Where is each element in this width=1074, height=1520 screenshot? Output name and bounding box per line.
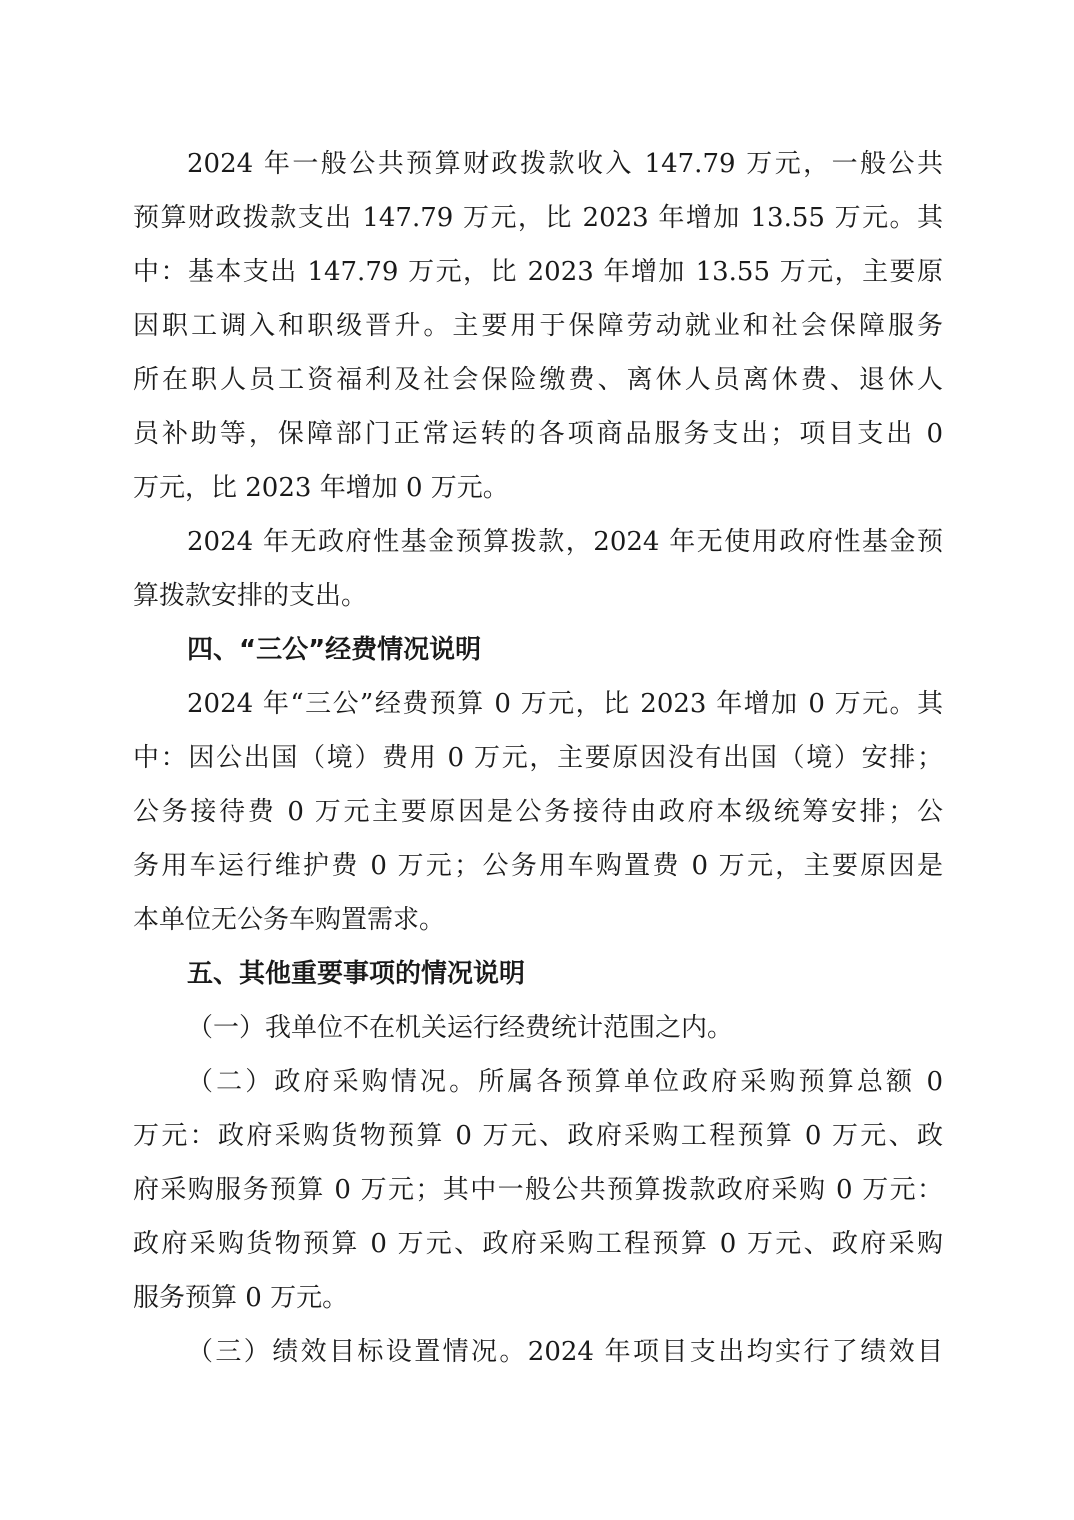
text-line-content: 公务接待费 0 万元主要原因是公务接待由政府本级统筹安排；公 xyxy=(133,785,943,839)
text-line: 预算财政拨款支出 147.79 万元，比 2023 年增加 13.55 万元。其 xyxy=(133,191,943,245)
text-line: 中：因公出国（境）费用 0 万元，主要原因没有出国（境）安排； xyxy=(133,731,943,785)
heading-text: 四、“三公”经费情况说明 xyxy=(187,635,481,665)
text-line: 万元，比 2023 年增加 0 万元。 xyxy=(133,461,943,515)
text-line-content: 算拨款安排的支出。 xyxy=(133,581,367,611)
paragraph-three-public-expenses: 2024 年“三公”经费预算 0 万元，比 2023 年增加 0 万元。其 中：… xyxy=(133,677,943,947)
text-line: 务用车运行维护费 0 万元；公务用车购置费 0 万元，主要原因是 xyxy=(133,839,943,893)
paragraph-government-procurement: （二）政府采购情况。所属各预算单位政府采购预算总额 0 万元：政府采购货物预算 … xyxy=(133,1055,943,1325)
text-line: 所在职人员工资福利及社会保险缴费、离休人员离休费、退休人 xyxy=(133,353,943,407)
section-heading-three-public-expenses: 四、“三公”经费情况说明 xyxy=(133,623,943,677)
paragraph-performance-targets: （三）绩效目标设置情况。2024 年项目支出均实行了绩效目 xyxy=(133,1325,943,1379)
text-line-content: 因职工调入和职级晋升。主要用于保障劳动就业和社会保障服务 xyxy=(133,299,943,353)
text-line-content: 预算财政拨款支出 147.79 万元，比 2023 年增加 13.55 万元。其 xyxy=(133,191,943,245)
text-line-content: 2024 年“三公”经费预算 0 万元，比 2023 年增加 0 万元。其 xyxy=(187,677,943,731)
text-line: 2024 年一般公共预算财政拨款收入 147.79 万元，一般公共 xyxy=(133,137,943,191)
text-line-content: 员补助等，保障部门正常运转的各项商品服务支出；项目支出 0 xyxy=(133,407,943,461)
heading-text: 五、其他重要事项的情况说明 xyxy=(187,959,525,989)
text-line-content: 所在职人员工资福利及社会保险缴费、离休人员离休费、退休人 xyxy=(133,353,943,407)
text-line: 公务接待费 0 万元主要原因是公务接待由政府本级统筹安排；公 xyxy=(133,785,943,839)
text-line: 万元：政府采购货物预算 0 万元、政府采购工程预算 0 万元、政 xyxy=(133,1109,943,1163)
text-line: 2024 年“三公”经费预算 0 万元，比 2023 年增加 0 万元。其 xyxy=(133,677,943,731)
text-line: 本单位无公务车购置需求。 xyxy=(133,893,943,947)
text-line-content: （一）我单位不在机关运行经费统计范围之内。 xyxy=(187,1013,733,1043)
paragraph-government-fund: 2024 年无政府性基金预算拨款，2024 年无使用政府性基金预 算拨款安排的支… xyxy=(133,515,943,623)
text-line-content: 万元，比 2023 年增加 0 万元。 xyxy=(133,473,509,503)
text-line: 员补助等，保障部门正常运转的各项商品服务支出；项目支出 0 xyxy=(133,407,943,461)
text-line: （一）我单位不在机关运行经费统计范围之内。 xyxy=(133,1001,943,1055)
document-page: 2024 年一般公共预算财政拨款收入 147.79 万元，一般公共 预算财政拨款… xyxy=(133,137,943,1379)
text-line-content: （二）政府采购情况。所属各预算单位政府采购预算总额 0 xyxy=(187,1055,943,1109)
text-line: （二）政府采购情况。所属各预算单位政府采购预算总额 0 xyxy=(133,1055,943,1109)
text-line-content: 2024 年一般公共预算财政拨款收入 147.79 万元，一般公共 xyxy=(187,137,943,191)
text-line-content: 府采购服务预算 0 万元；其中一般公共预算拨款政府采购 0 万元： xyxy=(133,1163,943,1217)
text-line-content: 万元：政府采购货物预算 0 万元、政府采购工程预算 0 万元、政 xyxy=(133,1109,943,1163)
text-line-content: （三）绩效目标设置情况。2024 年项目支出均实行了绩效目 xyxy=(187,1325,943,1379)
text-line: 府采购服务预算 0 万元；其中一般公共预算拨款政府采购 0 万元： xyxy=(133,1163,943,1217)
text-line-content: 本单位无公务车购置需求。 xyxy=(133,905,445,935)
text-line-content: 务用车运行维护费 0 万元；公务用车购置费 0 万元，主要原因是 xyxy=(133,839,943,893)
text-line: （三）绩效目标设置情况。2024 年项目支出均实行了绩效目 xyxy=(133,1325,943,1379)
text-line-content: 中：因公出国（境）费用 0 万元，主要原因没有出国（境）安排； xyxy=(133,731,943,785)
paragraph-budget-appropriation: 2024 年一般公共预算财政拨款收入 147.79 万元，一般公共 预算财政拨款… xyxy=(133,137,943,515)
text-line-content: 2024 年无政府性基金预算拨款，2024 年无使用政府性基金预 xyxy=(187,515,943,569)
text-line: 服务预算 0 万元。 xyxy=(133,1271,943,1325)
paragraph-item-one: （一）我单位不在机关运行经费统计范围之内。 xyxy=(133,1001,943,1055)
text-line: 中：基本支出 147.79 万元，比 2023 年增加 13.55 万元，主要原 xyxy=(133,245,943,299)
text-line-content: 服务预算 0 万元。 xyxy=(133,1283,348,1313)
text-line: 算拨款安排的支出。 xyxy=(133,569,943,623)
text-line: 因职工调入和职级晋升。主要用于保障劳动就业和社会保障服务 xyxy=(133,299,943,353)
text-line: 政府采购货物预算 0 万元、政府采购工程预算 0 万元、政府采购 xyxy=(133,1217,943,1271)
section-heading-other-important-matters: 五、其他重要事项的情况说明 xyxy=(133,947,943,1001)
text-line: 2024 年无政府性基金预算拨款，2024 年无使用政府性基金预 xyxy=(133,515,943,569)
text-line-content: 中：基本支出 147.79 万元，比 2023 年增加 13.55 万元，主要原 xyxy=(133,245,943,299)
text-line-content: 政府采购货物预算 0 万元、政府采购工程预算 0 万元、政府采购 xyxy=(133,1217,943,1271)
